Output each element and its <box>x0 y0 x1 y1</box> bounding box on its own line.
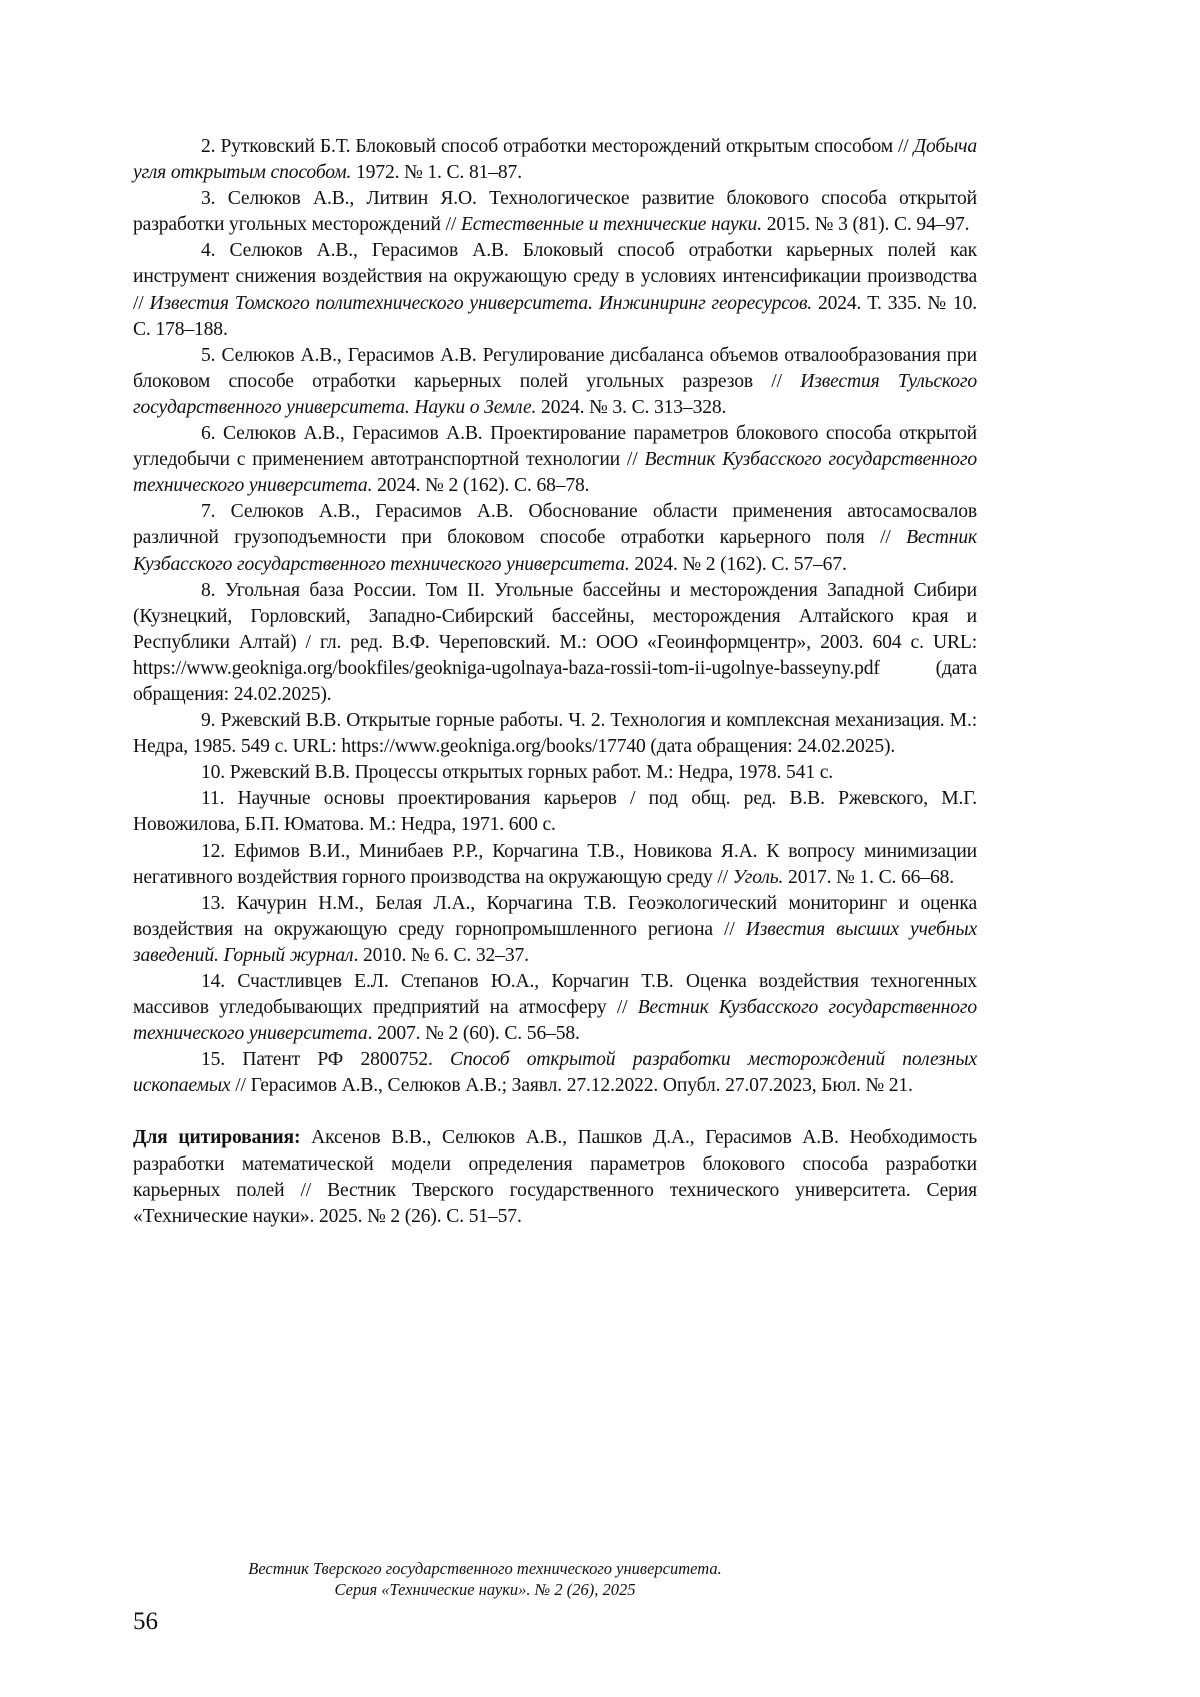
reference-text: 1972. № 1. С. 81–87. <box>351 162 522 183</box>
reference-text: Угольная база России. Том II. Угольные б… <box>133 580 977 705</box>
reference-item: 4. Селюков А.В., Герасимов А.В. Блоковый… <box>133 238 977 342</box>
footer-series-issue: Серия «Технические науки». № 2 (26), 202… <box>0 1579 977 1600</box>
reference-item: 12. Ефимов В.И., Минибаев Р.Р., Корчагин… <box>133 839 977 891</box>
reference-text: . 2010. № 6. С. 32–37. <box>353 945 528 966</box>
citation-label: Для цитирования: <box>133 1127 300 1148</box>
reference-text: 2024. № 2 (162). С. 68–78. <box>372 475 589 496</box>
reference-item: 14. Счастливцев Е.Л. Степанов Ю.А., Корч… <box>133 969 977 1047</box>
reference-item: 2. Рутковский Б.Т. Блоковый способ отраб… <box>133 134 977 186</box>
reference-number: 15. <box>201 1049 225 1070</box>
reference-item: 9. Ржевский В.В. Открытые горные работы.… <box>133 708 977 760</box>
reference-item: 7. Селюков А.В., Герасимов А.В. Обоснова… <box>133 499 977 577</box>
reference-item: 10. Ржевский В.В. Процессы открытых горн… <box>133 760 977 786</box>
reference-text: Рутковский Б.Т. Блоковый способ отработк… <box>215 136 913 157</box>
reference-item: 5. Селюков А.В., Герасимов А.В. Регулиро… <box>133 343 977 421</box>
reference-text: Научные основы проектирования карьеров /… <box>133 788 977 835</box>
reference-item: 11. Научные основы проектирования карьер… <box>133 786 977 838</box>
reference-text: 2015. № 3 (81). С. 94–97. <box>762 214 969 235</box>
reference-text: // Герасимов А.В., Селюков А.В.; Заявл. … <box>230 1075 912 1096</box>
reference-item: 13. Качурин Н.М., Белая Л.А., Корчагина … <box>133 891 977 969</box>
reference-number: 5. <box>201 345 215 366</box>
reference-text: Патент РФ 2800752. <box>225 1049 450 1070</box>
reference-text: 2024. № 3. С. 313–328. <box>536 397 726 418</box>
reference-item: 6. Селюков А.В., Герасимов А.В. Проектир… <box>133 421 977 499</box>
reference-number: 9. <box>201 710 215 731</box>
reference-text: Селюков А.В., Герасимов А.В. Обоснование… <box>133 501 977 548</box>
reference-text: . 2007. № 2 (60). С. 56–58. <box>368 1023 580 1044</box>
citation-block: Для цитирования: Аксенов В.В., Селюков А… <box>133 1125 977 1229</box>
reference-item: 15. Патент РФ 2800752. Способ открытой р… <box>133 1047 977 1099</box>
page-number: 56 <box>133 1608 158 1636</box>
reference-number: 7. <box>201 501 215 522</box>
reference-text: 2024. № 2 (162). С. 57–67. <box>630 554 847 575</box>
reference-text: 2017. № 1. С. 66–68. <box>783 867 954 888</box>
reference-number: 14. <box>201 971 225 992</box>
reference-number: 2. <box>201 136 215 157</box>
reference-list: 2. Рутковский Б.Т. Блоковый способ отраб… <box>133 134 977 1099</box>
reference-number: 13. <box>201 893 225 914</box>
reference-number: 10. <box>201 762 225 783</box>
running-footer: Вестник Тверского государственного техни… <box>133 1558 977 1600</box>
reference-list-page: 2. Рутковский Б.Т. Блоковый способ отраб… <box>133 134 977 1230</box>
reference-text: Ржевский В.В. Открытые горные работы. Ч.… <box>133 710 977 757</box>
reference-number: 11. <box>201 788 224 809</box>
reference-number: 12. <box>201 841 225 862</box>
reference-number: 8. <box>201 580 215 601</box>
reference-source-title: Известия Томского политехнического униве… <box>150 293 813 314</box>
reference-number: 4. <box>201 240 215 261</box>
reference-source-title: Уголь. <box>733 867 784 888</box>
reference-number: 6. <box>201 423 215 444</box>
reference-item: 8. Угольная база России. Том II. Угольны… <box>133 578 977 708</box>
reference-source-title: Естественные и технические науки. <box>461 214 762 235</box>
reference-text: Ржевский В.В. Процессы открытых горных р… <box>225 762 833 783</box>
reference-number: 3. <box>201 188 215 209</box>
reference-item: 3. Селюков А.В., Литвин Я.О. Технологиче… <box>133 186 977 238</box>
footer-journal-title: Вестник Тверского государственного техни… <box>0 1558 977 1579</box>
